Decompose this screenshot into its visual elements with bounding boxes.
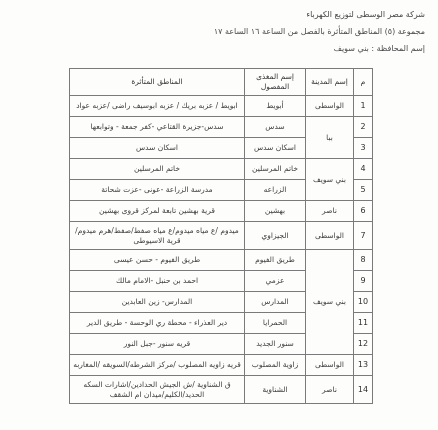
- table-row: 14 ناصر الشناوية ق الشناوية /ش الجيش الح…: [70, 376, 373, 404]
- company-name: شركة مصر الوسطى لتوزيع الكهرباء: [214, 10, 425, 19]
- table-row: 1 الواسطى أبويط ابويط / عزبه بريك / عزبه…: [70, 96, 373, 117]
- table-row: 6 ناصر بهشين قرية بهشين تابعة لمركز قروى…: [70, 201, 373, 222]
- table-row: 7 الواسطى الجيزاوي ميدوم /ع مياه ميدوم/ع…: [70, 222, 373, 250]
- table-row: 8 بني سويف طريق الفيوم طريق الفيوم - حسن…: [70, 250, 373, 271]
- scanned-document-page: شركة مصر الوسطى لتوزيع الكهرباء مجموعة (…: [0, 0, 438, 430]
- table-row: 4 بني سويف خاتم المرسلين خاتم المرسلين: [70, 159, 373, 180]
- table-row: 2 ببا سدس سدس-جزيرة القتاعي -كفر جمعة - …: [70, 117, 373, 138]
- header-areas: المناطق المتأثرة: [70, 69, 245, 96]
- document-letterhead: شركة مصر الوسطى لتوزيع الكهرباء مجموعة (…: [214, 10, 425, 61]
- governorate-line: إسم المحافظة : بني سويف: [214, 44, 425, 53]
- table-header-row: م إسم المدينة إسم المغذى المفصول المناطق…: [70, 69, 373, 96]
- header-number: م: [354, 69, 373, 96]
- header-city: إسم المدينة: [306, 69, 354, 96]
- affected-areas-table: م إسم المدينة إسم المغذى المفصول المناطق…: [69, 68, 373, 404]
- header-feeder: إسم المغذى المفصول: [245, 69, 306, 96]
- table-row: 13 الواسطى زاوية المصلوب قريه زاويه المص…: [70, 355, 373, 376]
- group-schedule-line: مجموعة (٥) المناطق المتأثرة بالفصل من ال…: [214, 27, 425, 36]
